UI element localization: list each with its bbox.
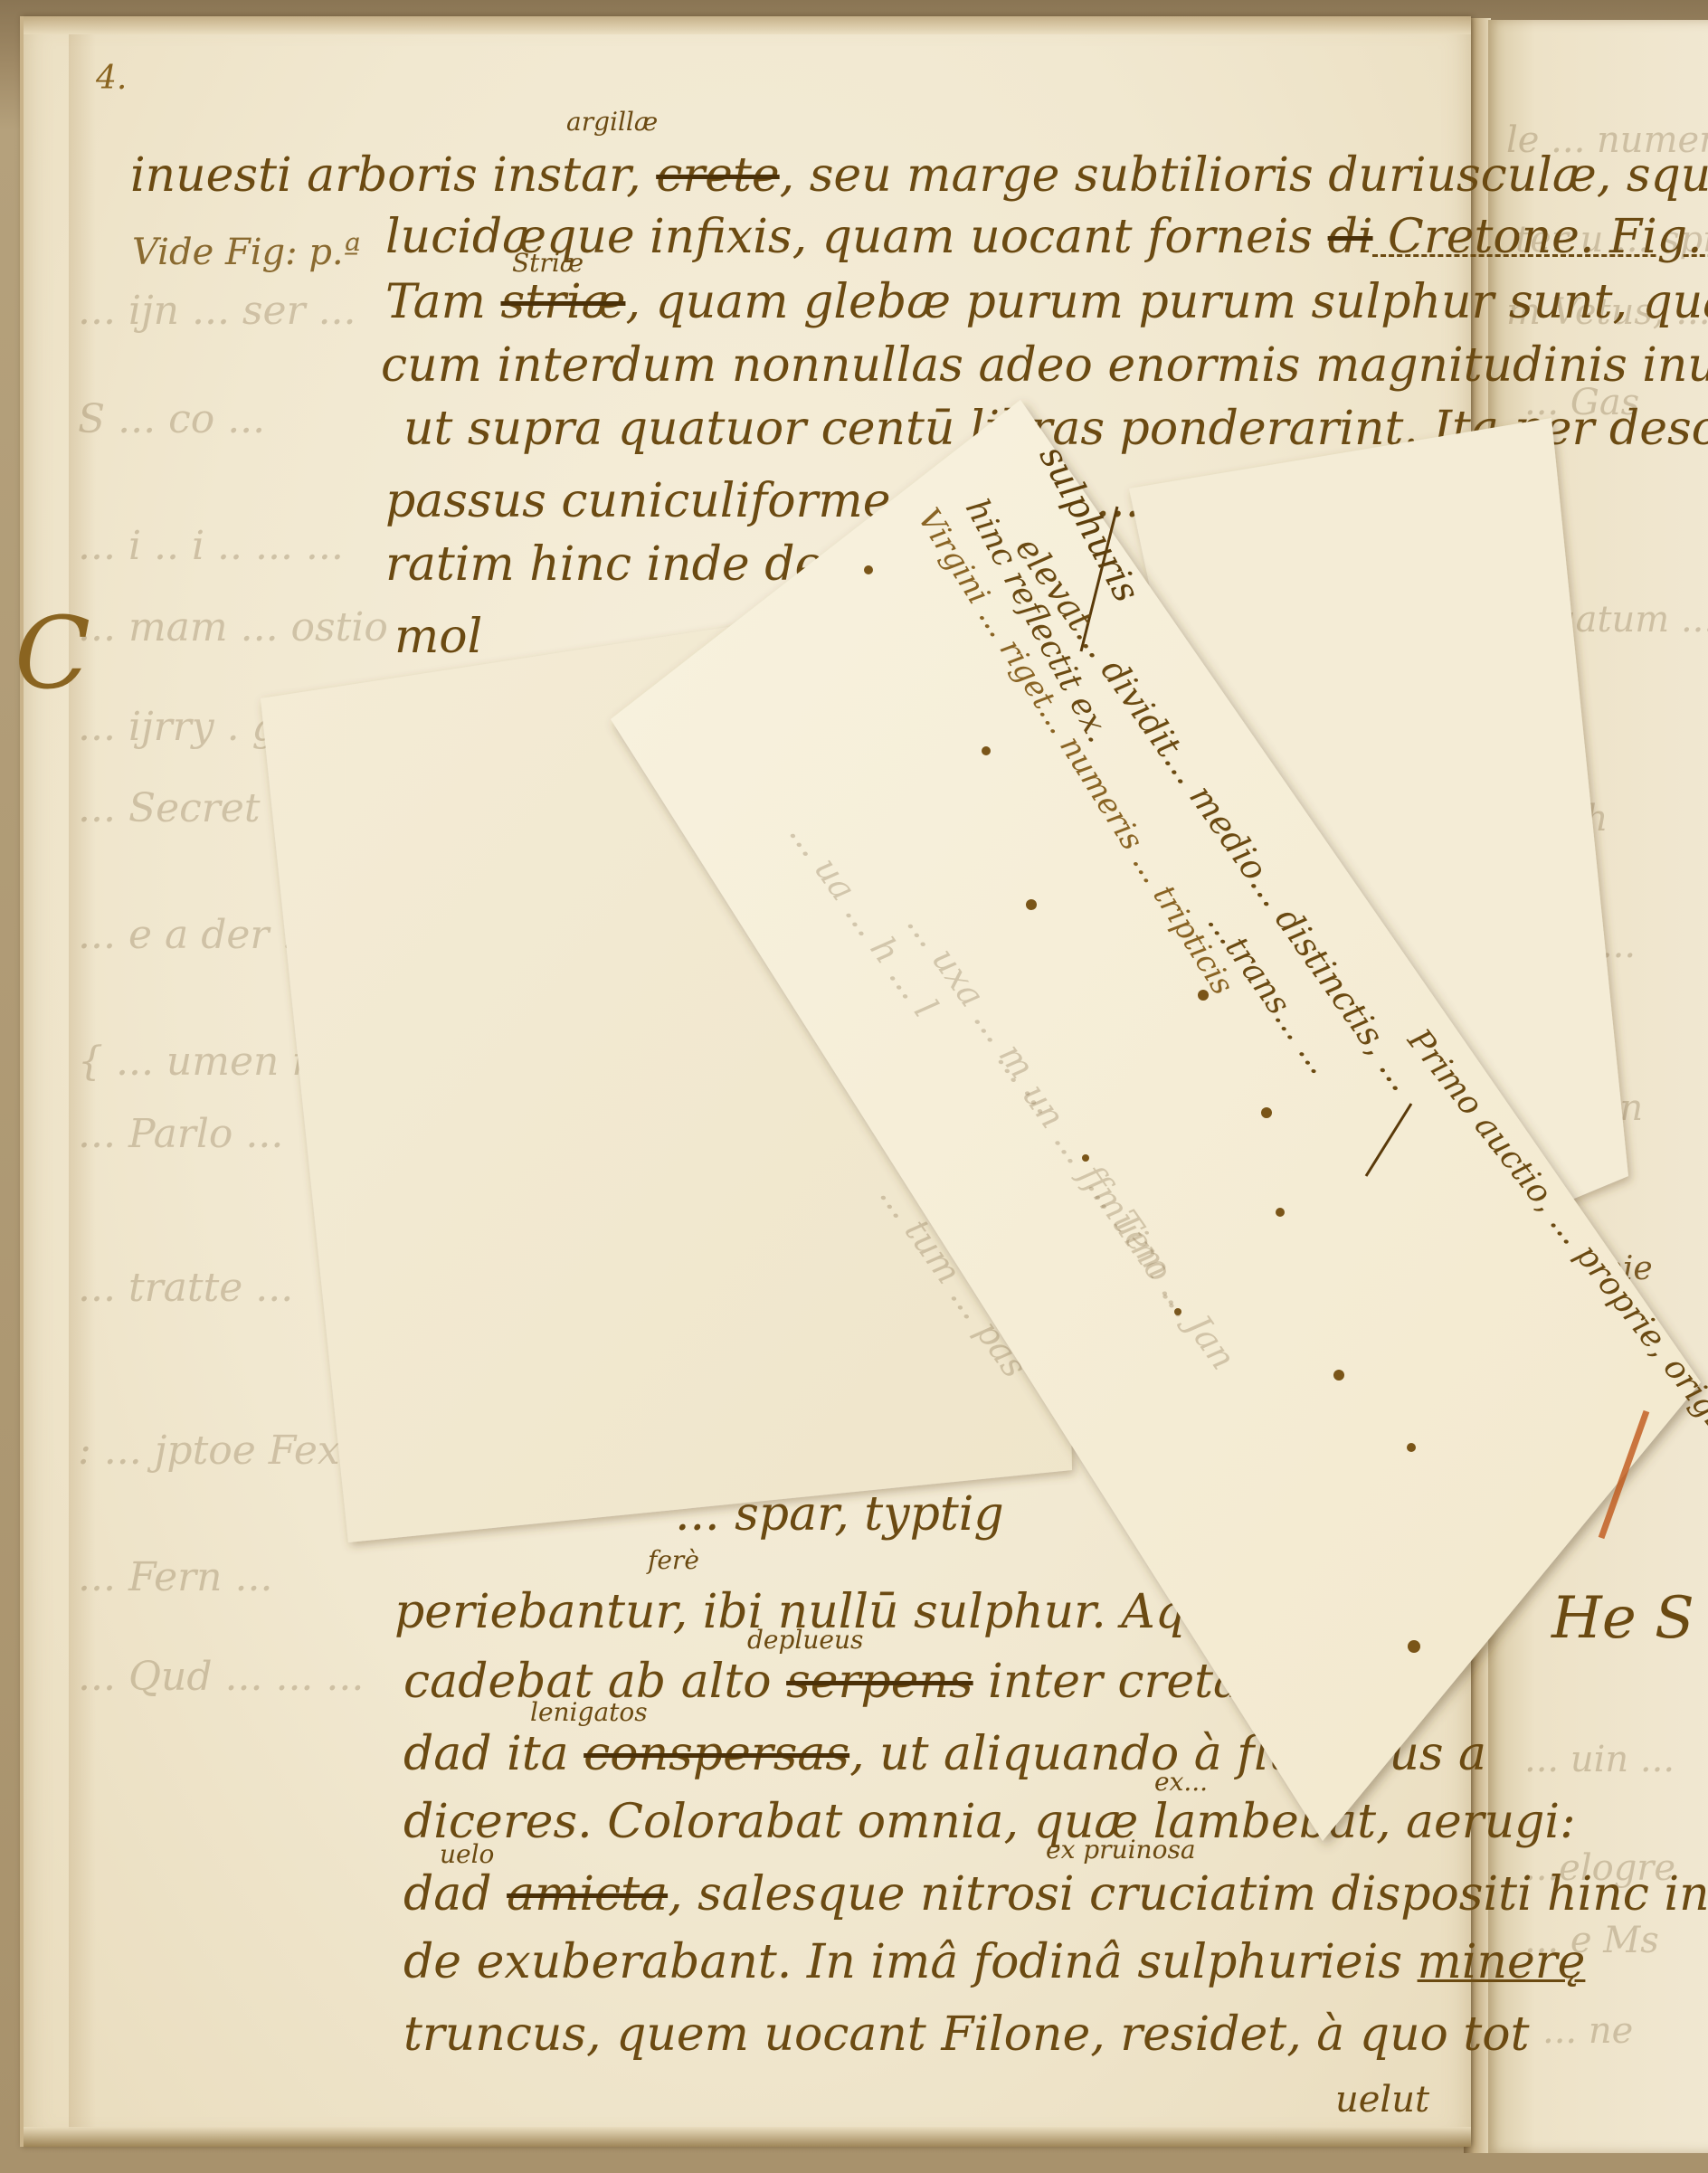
text-line-13: diceres. Colorabat omnia, quæ lambebat, … xyxy=(403,1798,1576,1846)
insert-above-line-13: ex... xyxy=(1154,1767,1208,1797)
text-line-15: de exuberabant. In imâ fodinâ sulphuriei… xyxy=(403,1939,1585,1986)
page-edge-top xyxy=(24,16,1471,34)
insert-above-line-14: uelo xyxy=(440,1839,494,1869)
text-line-14: dad amicta, salesque nitrosi cruciatim d… xyxy=(403,1871,1708,1918)
text-line-2: lucidæque infixis, quam uocant forneis d… xyxy=(385,214,1708,261)
text-line-8: mol xyxy=(394,613,482,660)
insert-above-line-14b: ex pruinosa xyxy=(1046,1835,1196,1865)
text-line-17-catchword: uelut xyxy=(1335,2079,1429,2121)
text-line-12: dad ita conspersas, ut aliquando à fluct… xyxy=(403,1731,1486,1778)
margin-curl: C xyxy=(14,595,90,711)
page-number: 4. xyxy=(96,60,127,97)
insert-above-line-11: deplueus xyxy=(747,1625,863,1655)
text-line-1: inuesti arboris instar, crete, seu marge… xyxy=(130,152,1708,199)
page-edge-bottom xyxy=(24,2127,1471,2147)
text-line-16: truncus, quem uocant Filone, residet, à … xyxy=(403,2011,1530,2058)
margin-note: Vide Fig: p.ª xyxy=(132,232,361,273)
blank-sheet-shape xyxy=(261,577,1072,1542)
insert-above-line-12: lenigatos xyxy=(530,1697,648,1727)
text-line-4: cum interdum nonnullas adeo enormis magn… xyxy=(381,342,1708,389)
text-line-3: Tam striæ, quam glebæ purum purum sulphu… xyxy=(385,279,1708,326)
text-line-7: ratim hinc inde deorsum xyxy=(385,541,973,588)
insert-above-line-1: argillæ xyxy=(566,107,658,137)
right-page-fragment-he: He S xyxy=(1551,1585,1694,1652)
insert-above-line-10: ferè xyxy=(648,1545,699,1575)
manuscript-scene: le ... numer ter u ... spra m Vetus, ...… xyxy=(0,0,1708,2173)
insert-above-line-3: Striæ xyxy=(512,248,584,278)
